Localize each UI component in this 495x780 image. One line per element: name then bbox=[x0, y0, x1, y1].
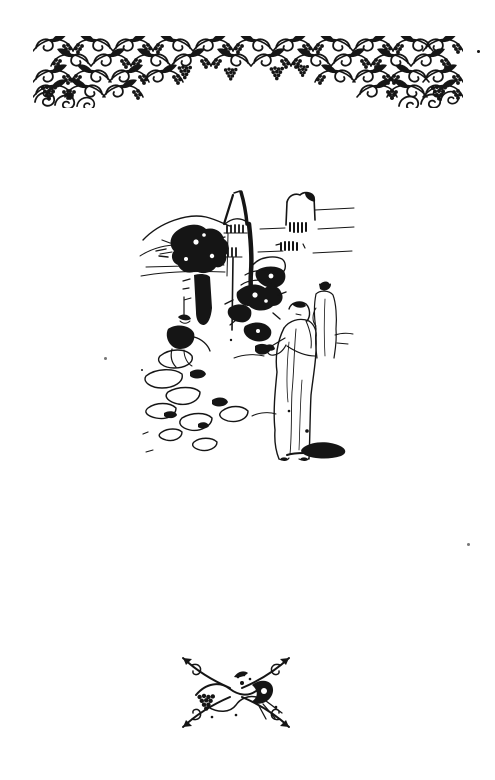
illustration-ink-sketch bbox=[138, 180, 356, 465]
turret-crenellation bbox=[290, 223, 306, 232]
wall-crenellation bbox=[281, 242, 297, 250]
standing-figure bbox=[265, 302, 316, 461]
scan-speck bbox=[477, 50, 480, 53]
rocks bbox=[145, 350, 248, 451]
turret bbox=[276, 193, 354, 250]
headpiece-ornament bbox=[33, 36, 463, 108]
background-figure bbox=[313, 280, 353, 358]
grape-cluster bbox=[197, 694, 215, 711]
well-and-bundles bbox=[225, 257, 286, 355]
scan-speck bbox=[104, 357, 107, 360]
book-page bbox=[0, 0, 495, 780]
curled-leaf bbox=[251, 681, 282, 719]
ground-tick bbox=[143, 432, 148, 434]
ground-line bbox=[234, 355, 264, 358]
tailpiece-ornament bbox=[178, 655, 294, 730]
ground-line2 bbox=[252, 413, 276, 416]
tree-foliage bbox=[156, 225, 229, 325]
ground-tick2 bbox=[146, 450, 153, 452]
rock-shading bbox=[141, 369, 228, 428]
scan-speck bbox=[467, 543, 470, 546]
figure-shadow bbox=[287, 442, 345, 458]
